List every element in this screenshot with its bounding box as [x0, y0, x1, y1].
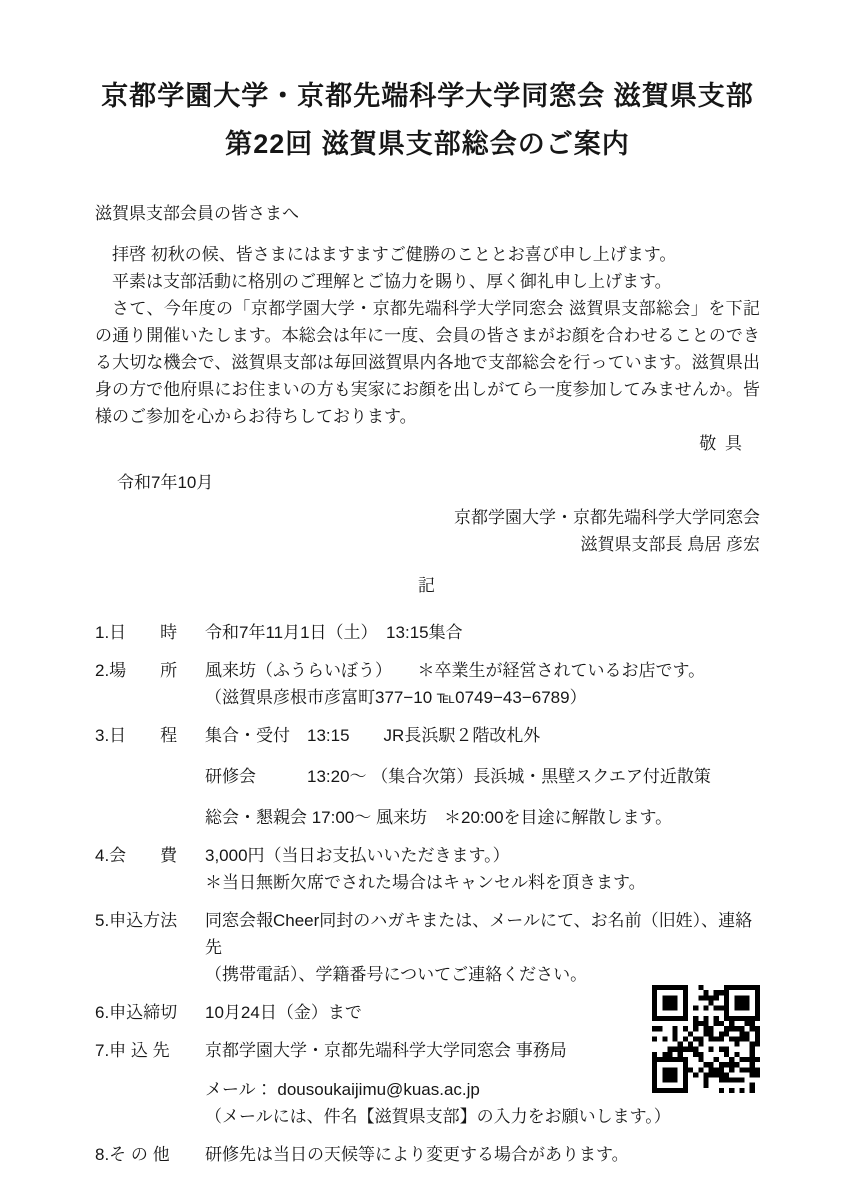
- closing-keigu: 敬 具: [95, 430, 760, 457]
- signature-organization: 京都学園大学・京都先端科学大学同窓会: [95, 504, 760, 531]
- item-line: 同窓会報Cheer同封のハガキまたは、メールにて、お名前（旧姓）、連絡先: [205, 907, 760, 961]
- qr-code-image: [652, 985, 760, 1093]
- item-line: （携帯電話）、学籍番号についてご連絡ください。: [205, 961, 760, 988]
- qr-code: [652, 985, 760, 1093]
- item-line: 研修会 13:20〜 （集合次第）長浜城・黒壁スクエア付近散策: [205, 763, 760, 790]
- item-label: 7.申 込 先: [95, 1037, 205, 1130]
- greeting-line2: 平素は支部活動に格別のご理解とご協力を賜り、厚く御礼申し上げます。: [95, 268, 760, 295]
- salutation: 滋賀県支部会員の皆さまへ: [95, 200, 760, 227]
- list-item-place: 2.場 所 風来坊（ふうらいぼう） ＊卒業生が経営されているお店です。 （滋賀県…: [95, 657, 760, 711]
- item-line: 総会・懇親会 17:00〜 風来坊 ＊20:00を目途に解散します。: [205, 804, 760, 831]
- list-item-datetime: 1.日 時 令和7年11月1日（土） 13:15集合: [95, 619, 760, 646]
- page-title-line2: 第22回 滋賀県支部総会のご案内: [95, 128, 760, 160]
- body-paragraph: さて、今年度の「京都学園大学・京都先端科学大学同窓会 滋賀県支部総会」を下記の通…: [95, 295, 760, 430]
- date-line: 令和7年10月: [117, 469, 760, 496]
- item-label: 5.申込方法: [95, 907, 205, 988]
- item-line: 3,000円（当日お支払いいただきます。）: [205, 842, 760, 869]
- document-page: 京都学園大学・京都先端科学大学同窓会 滋賀県支部 第22回 滋賀県支部総会のご案…: [0, 0, 849, 1200]
- item-label: 6.申込締切: [95, 999, 205, 1026]
- list-item-other: 8.そ の 他 研修先は当日の天候等により変更する場合があります。: [95, 1141, 760, 1168]
- item-line: 研修先は当日の天候等により変更する場合があります。: [205, 1141, 760, 1168]
- item-label: 1.日 時: [95, 619, 205, 646]
- item-line: 令和7年11月1日（土） 13:15集合: [205, 619, 760, 646]
- list-item-application-method: 5.申込方法 同窓会報Cheer同封のハガキまたは、メールにて、お名前（旧姓）、…: [95, 907, 760, 988]
- page-title-line1: 京都学園大学・京都先端科学大学同窓会 滋賀県支部: [95, 80, 760, 112]
- item-label: 8.そ の 他: [95, 1141, 205, 1168]
- list-item-fee: 4.会 費 3,000円（当日お支払いいただきます。） ＊当日無断欠席でされた場…: [95, 842, 760, 896]
- item-line: （滋賀県彦根市彦富町377−10 ℡0749−43−6789）: [205, 684, 760, 711]
- item-label: 3.日 程: [95, 722, 205, 831]
- item-line: 風来坊（ふうらいぼう） ＊卒業生が経営されているお店です。: [205, 657, 760, 684]
- item-line: 集合・受付 13:15 JR長浜駅２階改札外: [205, 722, 760, 749]
- item-line: （メールには、件名【滋賀県支部】の入力をお願いします。）: [205, 1103, 760, 1130]
- signature-branch-chief: 滋賀県支部長 鳥居 彦宏: [95, 531, 760, 558]
- greeting-line1: 拝啓 初秋の候、皆さまにはますますご健勝のこととお喜び申し上げます。: [95, 241, 760, 268]
- item-line: ＊当日無断欠席でされた場合はキャンセル料を頂きます。: [205, 869, 760, 896]
- item-label: 4.会 費: [95, 842, 205, 896]
- list-item-schedule: 3.日 程 集合・受付 13:15 JR長浜駅２階改札外 研修会 13:20〜 …: [95, 722, 760, 831]
- record-marker: 記: [95, 572, 760, 599]
- item-label: 2.場 所: [95, 657, 205, 711]
